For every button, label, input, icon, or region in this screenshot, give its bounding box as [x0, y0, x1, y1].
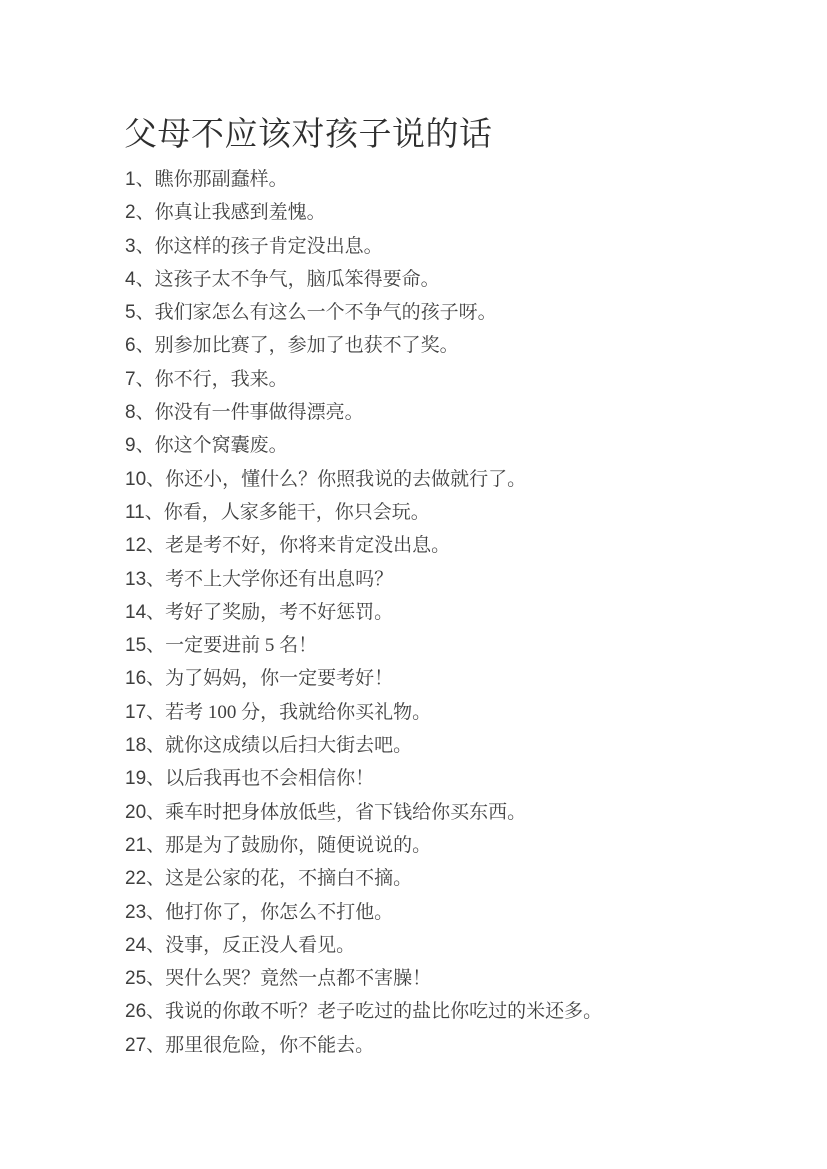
list-item-text: 别参加比赛了，参加了也获不了奖。: [155, 335, 459, 356]
list-item-text: 一定要进前 5 名！: [165, 635, 317, 656]
list-item-text: 考好了奖励，考不好惩罚。: [165, 602, 393, 623]
list-item-number: 11、: [125, 502, 164, 523]
list-item: 13、考不上大学你还有出息吗？: [125, 563, 602, 596]
list-item-number: 12、: [125, 535, 165, 556]
list-item-text: 你真让我感到羞愧。: [155, 202, 326, 223]
list-item-text: 若考 100 分，我就给你买礼物。: [165, 702, 431, 723]
list-item: 2、你真让我感到羞愧。: [125, 196, 602, 229]
list-item: 12、老是考不好，你将来肯定没出息。: [125, 529, 602, 562]
list-item-number: 6、: [125, 335, 155, 356]
numbered-list: 1、瞧你那副蠢样。2、你真让我感到羞愧。3、你这样的孩子肯定没出息。4、这孩子太…: [125, 163, 602, 1062]
list-item: 15、一定要进前 5 名！: [125, 629, 602, 662]
list-item-number: 26、: [125, 1001, 165, 1022]
list-item-text: 那是为了鼓励你，随便说说的。: [165, 835, 431, 856]
list-item: 8、你没有一件事做得漂亮。: [125, 396, 602, 429]
list-item: 24、没事，反正没人看见。: [125, 929, 602, 962]
list-item-number: 17、: [125, 702, 165, 723]
list-item-text: 你还小，懂什么？你照我说的去做就行了。: [165, 469, 526, 490]
list-item: 18、就你这成绩以后扫大街去吧。: [125, 729, 602, 762]
list-item-number: 4、: [125, 269, 155, 290]
list-item-number: 24、: [125, 935, 165, 956]
list-item-text: 这孩子太不争气，脑瓜笨得要命。: [155, 269, 440, 290]
list-item-number: 3、: [125, 236, 155, 257]
list-item-text: 老是考不好，你将来肯定没出息。: [165, 535, 450, 556]
list-item: 17、若考 100 分，我就给你买礼物。: [125, 696, 602, 729]
list-item: 22、这是公家的花，不摘白不摘。: [125, 862, 602, 895]
list-item-number: 1、: [125, 169, 155, 190]
list-item-number: 22、: [125, 868, 165, 889]
list-item: 19、以后我再也不会相信你！: [125, 762, 602, 795]
list-item-number: 14、: [125, 602, 165, 623]
list-item-number: 7、: [125, 369, 155, 390]
list-item: 21、那是为了鼓励你，随便说说的。: [125, 829, 602, 862]
list-item: 4、这孩子太不争气，脑瓜笨得要命。: [125, 263, 602, 296]
list-item-text: 你这个窝囊废。: [155, 435, 288, 456]
list-item-number: 10、: [125, 469, 165, 490]
list-item: 26、我说的你敢不听？老子吃过的盐比你吃过的米还多。: [125, 995, 602, 1028]
list-item-text: 我们家怎么有这么一个不争气的孩子呀。: [155, 302, 497, 323]
list-item: 3、你这样的孩子肯定没出息。: [125, 230, 602, 263]
list-item-number: 19、: [125, 768, 165, 789]
list-item-text: 你没有一件事做得漂亮。: [155, 402, 364, 423]
list-item-text: 瞧你那副蠢样。: [155, 169, 288, 190]
list-item-text: 为了妈妈，你一定要考好！: [165, 668, 393, 689]
list-item-number: 16、: [125, 668, 165, 689]
list-item-text: 那里很危险，你不能去。: [165, 1035, 374, 1056]
list-item-text: 乘车时把身体放低些，省下钱给你买东西。: [165, 802, 526, 823]
list-item: 10、你还小，懂什么？你照我说的去做就行了。: [125, 463, 602, 496]
list-item-text: 就你这成绩以后扫大街去吧。: [165, 735, 412, 756]
list-item-text: 我说的你敢不听？老子吃过的盐比你吃过的米还多。: [165, 1001, 602, 1022]
page-title: 父母不应该对孩子说的话: [124, 108, 493, 155]
list-item: 1、瞧你那副蠢样。: [125, 163, 602, 196]
list-item: 23、他打你了，你怎么不打他。: [125, 896, 602, 929]
list-item: 6、别参加比赛了，参加了也获不了奖。: [125, 329, 602, 362]
list-item-number: 21、: [125, 835, 165, 856]
list-item-number: 8、: [125, 402, 155, 423]
list-item: 25、哭什么哭？竟然一点都不害臊！: [125, 962, 602, 995]
list-item-number: 18、: [125, 735, 165, 756]
list-item-number: 27、: [125, 1035, 165, 1056]
list-item-text: 他打你了，你怎么不打他。: [165, 902, 393, 923]
list-item: 11、你看，人家多能干，你只会玩。: [125, 496, 602, 529]
list-item-number: 23、: [125, 902, 165, 923]
list-item-text: 这是公家的花，不摘白不摘。: [165, 868, 412, 889]
list-item-number: 2、: [125, 202, 155, 223]
list-item-number: 15、: [125, 635, 165, 656]
list-item: 7、你不行，我来。: [125, 363, 602, 396]
list-item-number: 13、: [125, 569, 165, 590]
list-item-text: 哭什么哭？竟然一点都不害臊！: [165, 968, 431, 989]
list-item-text: 你不行，我来。: [155, 369, 288, 390]
document-page: 父母不应该对孩子说的话 1、瞧你那副蠢样。2、你真让我感到羞愧。3、你这样的孩子…: [0, 0, 827, 1169]
list-item-text: 没事，反正没人看见。: [165, 935, 355, 956]
list-item-text: 考不上大学你还有出息吗？: [165, 569, 393, 590]
list-item: 16、为了妈妈，你一定要考好！: [125, 662, 602, 695]
list-item-text: 以后我再也不会相信你！: [165, 768, 374, 789]
list-item: 5、我们家怎么有这么一个不争气的孩子呀。: [125, 296, 602, 329]
list-item-text: 你看，人家多能干，你只会玩。: [164, 502, 430, 523]
list-item-number: 20、: [125, 802, 165, 823]
list-item-number: 9、: [125, 435, 155, 456]
list-item: 9、你这个窝囊废。: [125, 429, 602, 462]
list-item: 20、乘车时把身体放低些，省下钱给你买东西。: [125, 796, 602, 829]
list-item-number: 5、: [125, 302, 155, 323]
list-item: 14、考好了奖励，考不好惩罚。: [125, 596, 602, 629]
list-item-number: 25、: [125, 968, 165, 989]
list-item-text: 你这样的孩子肯定没出息。: [155, 236, 383, 257]
list-item: 27、那里很危险，你不能去。: [125, 1029, 602, 1062]
